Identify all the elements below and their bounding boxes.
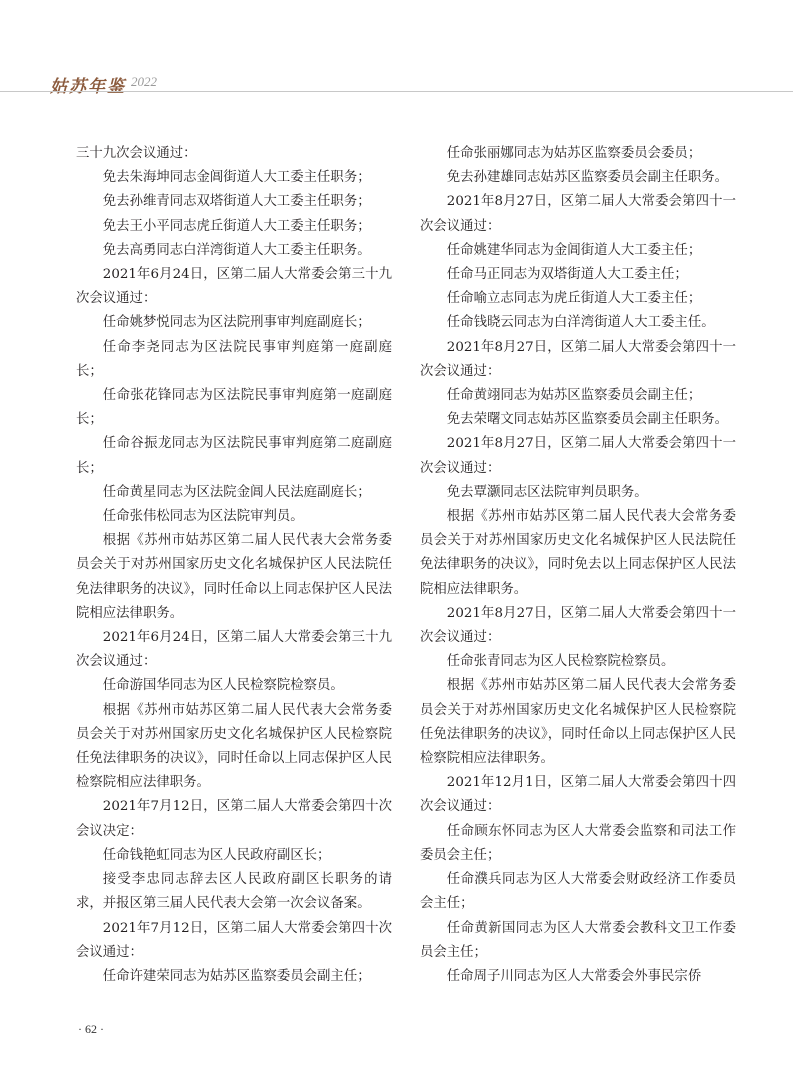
paragraph: 2021年12月1日，区第二届人大常委会第四十四次会议通过： <box>420 771 736 819</box>
yearbook-title: 姑苏年鉴 <box>50 72 126 97</box>
header-divider <box>0 91 793 92</box>
paragraph: 任命马正同志为双塔街道人大工委主任； <box>420 263 736 287</box>
paragraph: 免去高勇同志白洋湾街道人大工委主任职务。 <box>76 239 392 263</box>
paragraph: 2021年8月27日，区第二届人大常委会第四十一次会议通过： <box>420 602 736 650</box>
paragraph: 2021年8月27日，区第二届人大常委会第四十一次会议通过： <box>420 336 736 384</box>
paragraph: 免去王小平同志虎丘街道人大工委主任职务； <box>76 215 392 239</box>
paragraph: 免去孙维青同志双塔街道人大工委主任职务； <box>76 190 392 214</box>
paragraph: 2021年8月27日，区第二届人大常委会第四十一次会议通过： <box>420 432 736 480</box>
paragraph: 任命姚建华同志为金阊街道人大工委主任； <box>420 239 736 263</box>
paragraph: 任命黄新国同志为区人大常委会教科文卫工作委员会主任； <box>420 917 736 965</box>
paragraph: 任命许建荣同志为姑苏区监察委员会副主任； <box>76 965 392 989</box>
yearbook-year: 2022 <box>131 74 157 90</box>
paragraph: 任命黄翊同志为姑苏区监察委员会副主任； <box>420 384 736 408</box>
paragraph: 三十九次会议通过： <box>76 142 392 166</box>
paragraph: 任命顾东怀同志为区人大常委会监察和司法工作委员会主任； <box>420 820 736 868</box>
paragraph: 任命黄星同志为区法院金阊人民法庭副庭长； <box>76 481 392 505</box>
paragraph: 根据《苏州市姑苏区第二届人民代表大会常务委员会关于对苏州国家历史文化名城保护区人… <box>76 699 392 796</box>
paragraph: 根据《苏州市姑苏区第二届人民代表大会常务委员会关于对苏州国家历史文化名城保护区人… <box>420 505 736 602</box>
paragraph: 任命游国华同志为区人民检察院检察员。 <box>76 674 392 698</box>
paragraph: 任命谷振龙同志为区法院民事审判庭第二庭副庭长； <box>76 432 392 480</box>
paragraph: 任命喻立志同志为虎丘街道人大工委主任； <box>420 287 736 311</box>
paragraph: 免去朱海坤同志金阊街道人大工委主任职务； <box>76 166 392 190</box>
paragraph: 2021年7月12日，区第二届人大常委会第四十次会议通过： <box>76 917 392 965</box>
paragraph: 任命张青同志为区人民检察院检察员。 <box>420 650 736 674</box>
paragraph: 任命姚梦悦同志为区法院刑事审判庭副庭长； <box>76 311 392 335</box>
paragraph: 任命李尧同志为区法院民事审判庭第一庭副庭长； <box>76 336 392 384</box>
running-header: 姑苏年鉴 2022 <box>0 60 793 92</box>
paragraph: 任命钱晓云同志为白洋湾街道人大工委主任。 <box>420 311 736 335</box>
paragraph: 免去覃灏同志区法院审判员职务。 <box>420 481 736 505</box>
paragraph: 2021年7月12日，区第二届人大常委会第四十次会议决定： <box>76 795 392 843</box>
paragraph: 任命张伟松同志为区法院审判员。 <box>76 505 392 529</box>
paragraph: 任命钱艳虹同志为区人民政府副区长； <box>76 844 392 868</box>
paragraph: 2021年6月24日，区第二届人大常委会第三十九次会议通过： <box>76 626 392 674</box>
paragraph: 免去荣曙文同志姑苏区监察委员会副主任职务。 <box>420 408 736 432</box>
right-column: 任命张丽娜同志为姑苏区监察委员会委员；免去孙建雄同志姑苏区监察委员会副主任职务。… <box>420 142 736 989</box>
paragraph: 根据《苏州市姑苏区第二届人民代表大会常务委员会关于对苏州国家历史文化名城保护区人… <box>76 529 392 626</box>
paragraph: 根据《苏州市姑苏区第二届人民代表大会常务委员会关于对苏州国家历史文化名城保护区人… <box>420 674 736 771</box>
paragraph: 任命周子川同志为区人大常委会外事民宗侨 <box>420 965 736 989</box>
paragraph: 任命张丽娜同志为姑苏区监察委员会委员； <box>420 142 736 166</box>
page-number: · 62 · <box>78 1022 104 1037</box>
left-column: 三十九次会议通过：免去朱海坤同志金阊街道人大工委主任职务；免去孙维青同志双塔街道… <box>76 142 392 989</box>
paragraph: 免去孙建雄同志姑苏区监察委员会副主任职务。 <box>420 166 736 190</box>
paragraph: 任命张花锋同志为区法院民事审判庭第一庭副庭长； <box>76 384 392 432</box>
paragraph: 接受李忠同志辞去区人民政府副区长职务的请求，并报区第三届人民代表大会第一次会议备… <box>76 868 392 916</box>
paragraph: 2021年6月24日，区第二届人大常委会第三十九次会议通过： <box>76 263 392 311</box>
paragraph: 任命濮兵同志为区人大常委会财政经济工作委员会主任； <box>420 868 736 916</box>
paragraph: 2021年8月27日，区第二届人大常委会第四十一次会议通过： <box>420 190 736 238</box>
